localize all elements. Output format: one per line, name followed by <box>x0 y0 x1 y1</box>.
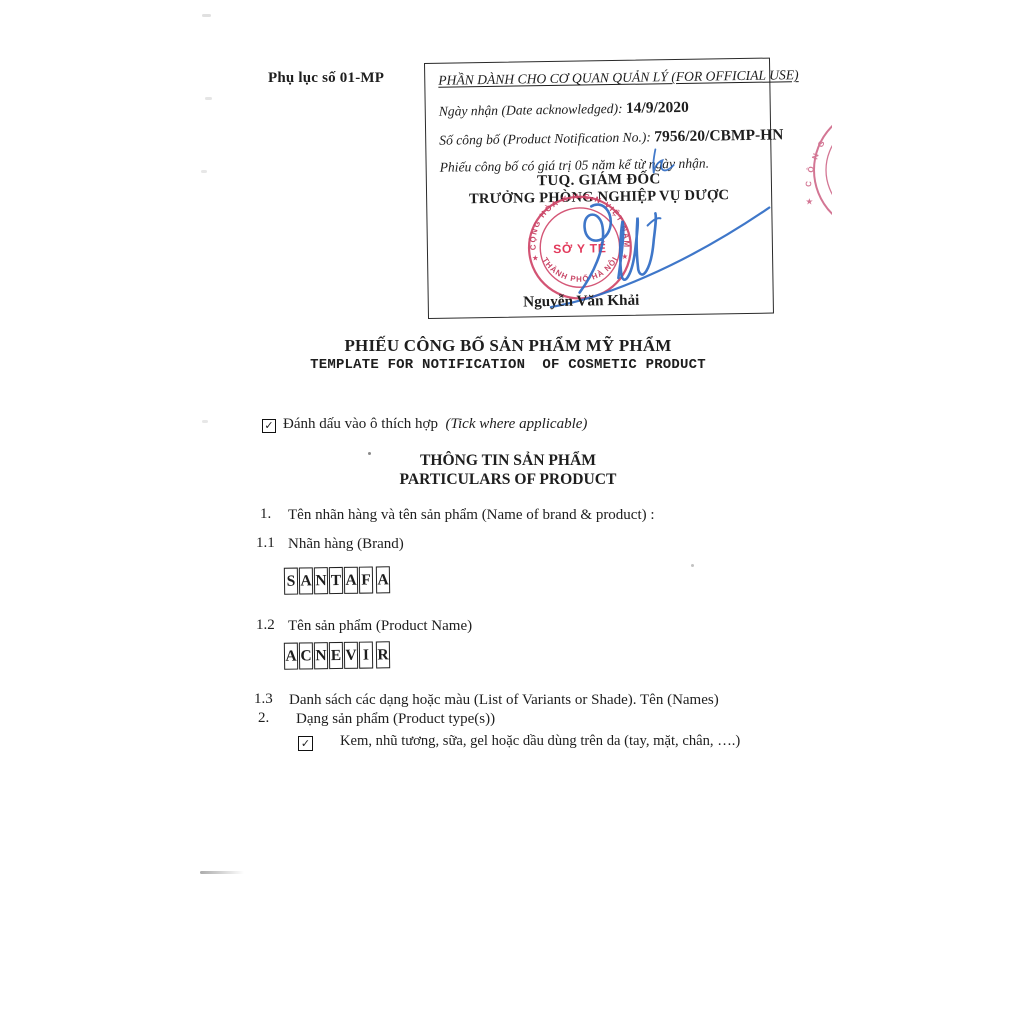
letter-cell: S <box>284 568 298 595</box>
checked-checkbox-icon: ✓ <box>262 419 276 433</box>
product-type-option-text: Kem, nhũ tương, sữa, gel hoặc dầu dùng t… <box>340 733 740 750</box>
brand-letter-boxes: SANTAFA <box>284 566 391 594</box>
scan-artifact <box>368 452 371 455</box>
document-title-vi: PHIẾU CÔNG BỐ SẢN PHẨM MỸ PHẨM <box>280 336 736 356</box>
letter-cell: N <box>314 567 328 594</box>
appendix-label: Phụ lục số 01-MP <box>268 70 384 87</box>
scan-artifact <box>200 871 244 874</box>
section-heading-en: PARTICULARS OF PRODUCT <box>280 471 736 489</box>
item-2-text: Dạng sản phẩm (Product type(s)) <box>296 711 495 728</box>
letter-cell: E <box>329 642 343 669</box>
checked-checkbox-icon: ✓ <box>298 736 313 751</box>
date-acknowledged-line: Ngày nhận (Date acknowledged): 14/9/2020 <box>439 99 689 121</box>
notification-number-line: Số công bố (Product Notification No.): 7… <box>439 126 783 149</box>
letter-cell: F <box>359 567 373 594</box>
tick-note-en: (Tick where applicable) <box>445 416 587 432</box>
signer-name: Nguyễn Văn Khải <box>459 291 704 313</box>
item-2-number: 2. <box>258 710 269 727</box>
star-icon: ★ <box>806 197 814 206</box>
item-1-2-number: 1.2 <box>256 617 275 634</box>
tick-note-line: ✓Đánh dấu vào ô thích hợp (Tick where ap… <box>262 416 587 433</box>
letter-cell: N <box>314 642 328 669</box>
scan-artifact <box>202 420 208 423</box>
item-1-number: 1. <box>260 506 271 523</box>
letter-cell: R <box>376 641 390 668</box>
official-box-header: PHẦN DÀNH CHO CƠ QUAN QUẢN LÝ (FOR OFFIC… <box>438 67 799 89</box>
item-1-2-text: Tên sản phẩm (Product Name) <box>288 618 472 635</box>
letter-cell: A <box>299 567 313 594</box>
letter-cell: I <box>359 642 373 669</box>
product-type-option-line: ✓ <box>298 733 313 751</box>
letter-cell: A <box>376 566 390 593</box>
letter-cell: T <box>329 567 343 594</box>
item-1-1-text: Nhãn hàng (Brand) <box>288 536 404 553</box>
section-heading-vi: THÔNG TIN SẢN PHẨM <box>280 452 736 470</box>
letter-cell: V <box>344 642 358 669</box>
item-1-3-number: 1.3 <box>254 691 273 708</box>
letter-cell: A <box>284 643 298 670</box>
letter-cell: A <box>344 567 358 594</box>
item-1-text: Tên nhãn hàng và tên sản phẩm (Name of b… <box>288 507 655 524</box>
scan-artifact <box>202 14 211 17</box>
document-page: Phụ lục số 01-MP PHẦN DÀNH CHO CƠ QUAN Q… <box>0 0 1024 1024</box>
tick-note-vi: Đánh dấu vào ô thích hợp <box>283 416 438 432</box>
partial-stamp-fragment: G N Ộ C ★ <box>788 122 832 222</box>
product-letter-boxes: ACNEVIR <box>284 641 391 669</box>
scan-artifact <box>691 564 694 567</box>
handwritten-initial-mark <box>645 146 676 180</box>
notification-number-value: 7956/20/CBMP-HN <box>654 126 783 145</box>
scan-artifact <box>205 97 212 100</box>
date-acknowledged-value: 14/9/2020 <box>626 99 689 117</box>
item-1-3-text: Danh sách các dạng hoặc màu (List of Var… <box>289 692 719 709</box>
scan-artifact <box>201 170 207 173</box>
item-1-1-number: 1.1 <box>256 535 275 552</box>
official-use-box: PHẦN DÀNH CHO CƠ QUAN QUẢN LÝ (FOR OFFIC… <box>424 58 774 319</box>
letter-cell: C <box>299 642 313 669</box>
document-title-en: TEMPLATE FOR NOTIFICATION OF COSMETIC PR… <box>280 357 736 373</box>
partial-stamp-letter: C <box>804 181 813 188</box>
